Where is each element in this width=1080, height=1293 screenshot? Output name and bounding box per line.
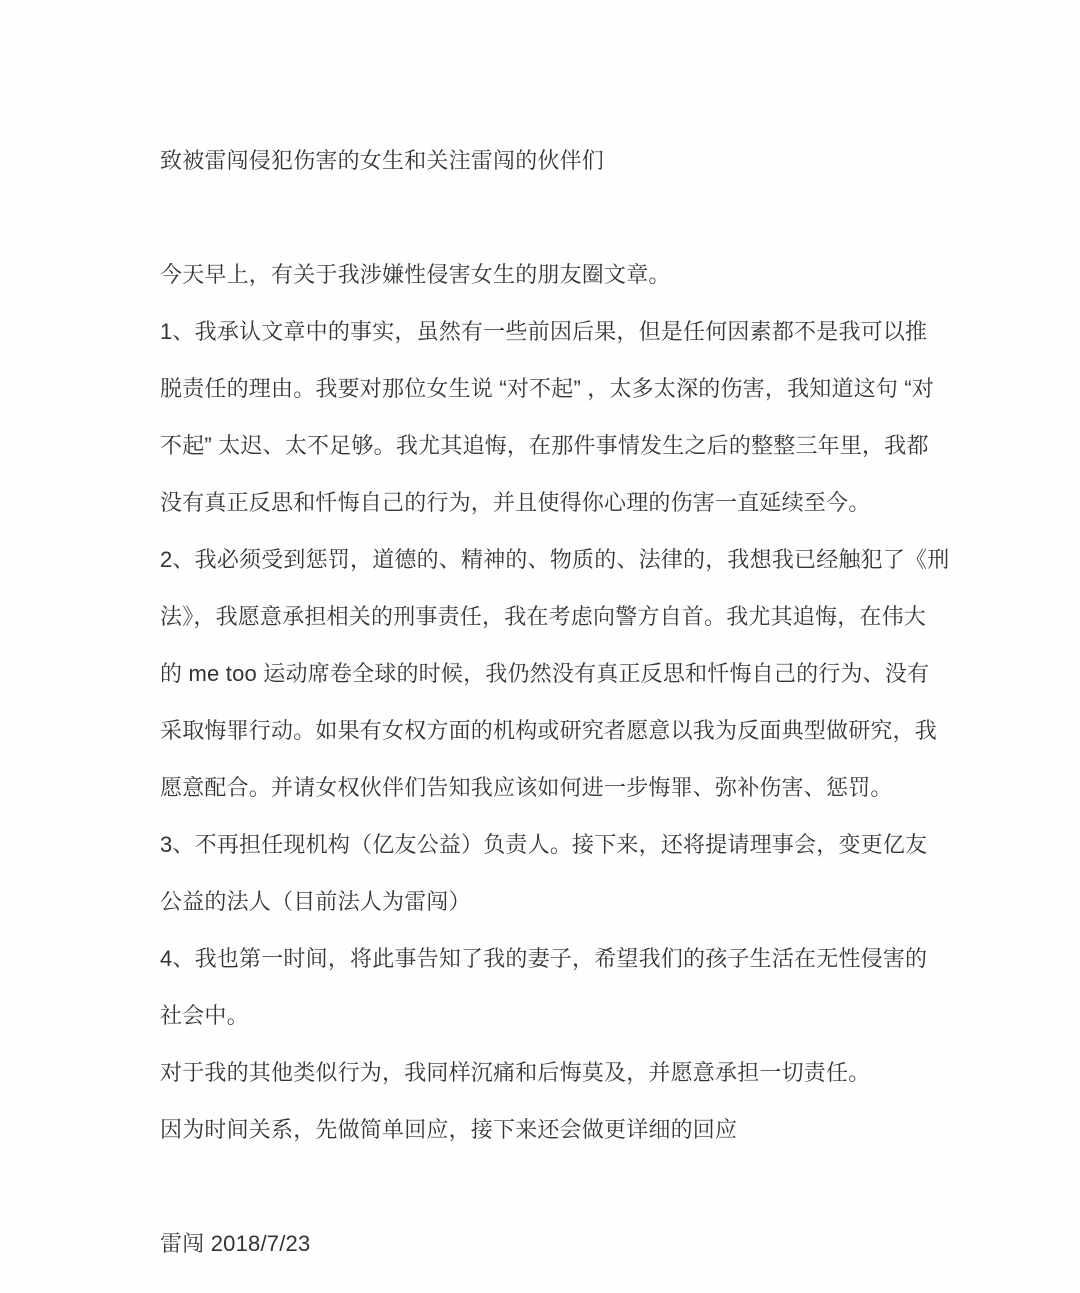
text-line: 3、不再担任现机构（亿友公益）负责人。接下来，还将提请理事会，变更亿友 — [160, 816, 920, 873]
spacer — [160, 189, 920, 246]
text-line: 2、我必须受到惩罚，道德的、精神的、物质的、法律的，我想我已经触犯了《刑 — [160, 531, 920, 588]
letter-intro: 今天早上，有关于我涉嫌性侵害女生的朋友圈文章。 — [160, 246, 920, 303]
document-page: 致被雷闯侵犯伤害的女生和关注雷闯的伙伴们 今天早上，有关于我涉嫌性侵害女生的朋友… — [0, 0, 1080, 1293]
letter-title: 致被雷闯侵犯伤害的女生和关注雷闯的伙伴们 — [160, 132, 920, 189]
text-line: 社会中。 — [160, 987, 920, 1044]
paragraph-4: 4、我也第一时间，将此事告知了我的妻子，希望我们的孩子生活在无性侵害的 社会中。 — [160, 930, 920, 1044]
text-line: 法》，我愿意承担相关的刑事责任，我在考虑向警方自首。我尤其追悔，在伟大 — [160, 588, 920, 645]
text-line: 4、我也第一时间，将此事告知了我的妻子，希望我们的孩子生活在无性侵害的 — [160, 930, 920, 987]
text-line: 脱责任的理由。我要对那位女生说 “对不起” ，太多太深的伤害，我知道这句 “对 — [160, 360, 920, 417]
text-line: 因为时间关系，先做简单回应，接下来还会做更详细的回应 — [160, 1101, 920, 1158]
text-line: 采取悔罪行动。如果有女权方面的机构或研究者愿意以我为反面典型做研究，我 — [160, 702, 920, 759]
apology-letter: 致被雷闯侵犯伤害的女生和关注雷闯的伙伴们 今天早上，有关于我涉嫌性侵害女生的朋友… — [0, 0, 1080, 1272]
paragraph-6: 因为时间关系，先做简单回应，接下来还会做更详细的回应 — [160, 1101, 920, 1158]
paragraph-3: 3、不再担任现机构（亿友公益）负责人。接下来，还将提请理事会，变更亿友 公益的法… — [160, 816, 920, 930]
signature: 雷闯 2018/7/23 — [160, 1215, 920, 1272]
paragraph-5: 对于我的其他类似行为，我同样沉痛和后悔莫及，并愿意承担一切责任。 — [160, 1044, 920, 1101]
text-line: 公益的法人（目前法人为雷闯） — [160, 873, 920, 930]
text-line: 没有真正反思和忏悔自己的行为，并且使得你心理的伤害一直延续至今。 — [160, 474, 920, 531]
paragraph-1: 1、我承认文章中的事实，虽然有一些前因后果，但是任何因素都不是我可以推 脱责任的… — [160, 303, 920, 531]
text-line: 对于我的其他类似行为，我同样沉痛和后悔莫及，并愿意承担一切责任。 — [160, 1044, 920, 1101]
text-line: 1、我承认文章中的事实，虽然有一些前因后果，但是任何因素都不是我可以推 — [160, 303, 920, 360]
spacer — [160, 1158, 920, 1215]
text-line: 的 me too 运动席卷全球的时候，我仍然没有真正反思和忏悔自己的行为、没有 — [160, 645, 920, 702]
text-line: 愿意配合。并请女权伙伴们告知我应该如何进一步悔罪、弥补伤害、惩罚。 — [160, 759, 920, 816]
text-line: 不起” 太迟、太不足够。我尤其追悔，在那件事情发生之后的整整三年里，我都 — [160, 417, 920, 474]
paragraph-2: 2、我必须受到惩罚，道德的、精神的、物质的、法律的，我想我已经触犯了《刑 法》，… — [160, 531, 920, 816]
